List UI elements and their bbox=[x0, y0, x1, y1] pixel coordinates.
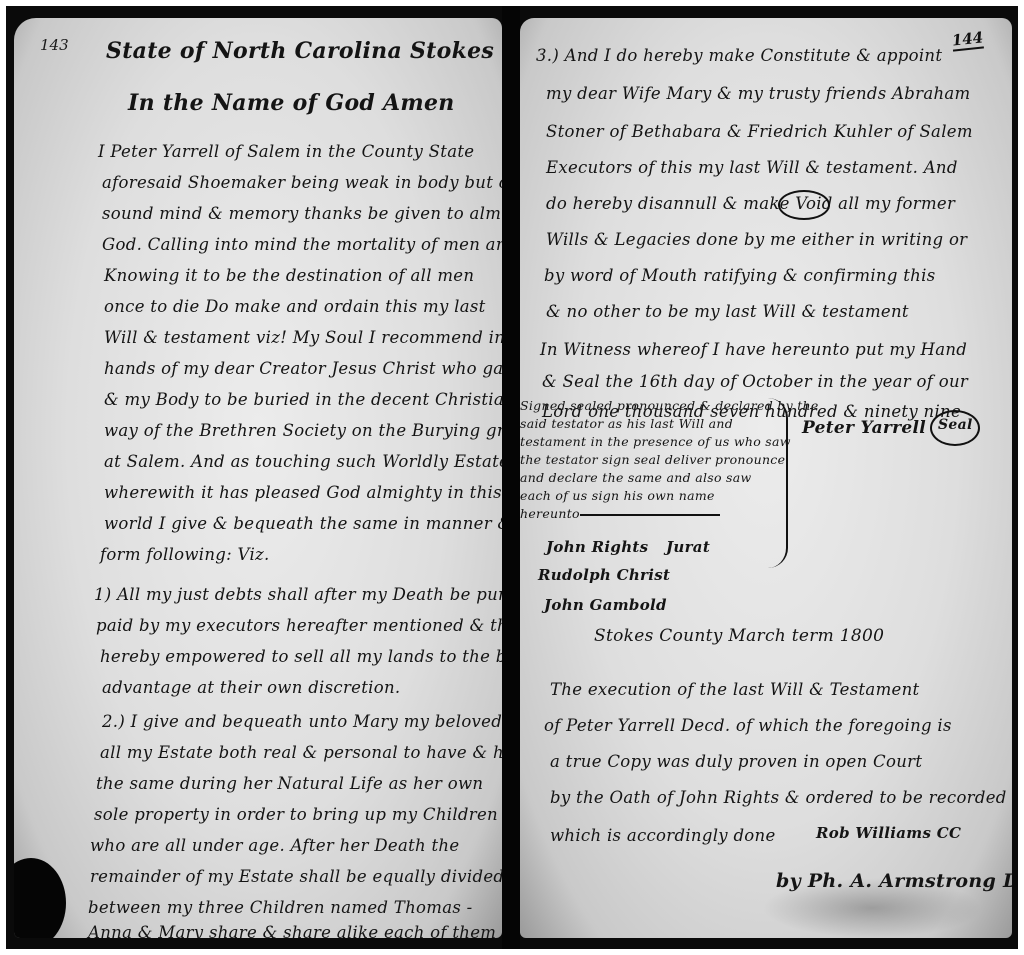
text-line: Knowing it to be the destination of all … bbox=[104, 266, 474, 285]
witness-signature: John Rights bbox=[546, 538, 648, 556]
text-line: Executors of this my last Will & testame… bbox=[546, 158, 958, 177]
court-heading: Stokes County March term 1800 bbox=[594, 626, 884, 646]
page-number-left: 143 bbox=[40, 36, 69, 54]
text-line: once to die Do make and ordain this my l… bbox=[104, 297, 486, 316]
text-line: & no other to be my last Will & testamen… bbox=[546, 302, 909, 321]
right-page: 144 3.) And I do hereby make Constitute … bbox=[520, 18, 1012, 938]
text-line: way of the Brethren Society on the Buryi… bbox=[104, 421, 502, 440]
clerk-signature: Rob Williams CC bbox=[816, 824, 961, 842]
text-line: aforesaid Shoemaker being weak in body b… bbox=[102, 173, 502, 192]
witness-signature: Rudolph Christ bbox=[538, 566, 670, 584]
text-line: Anna & Mary share & share alike each of … bbox=[88, 923, 502, 938]
seal-label: Seal bbox=[938, 417, 973, 433]
text-line: sound mind & memory thanks be given to a… bbox=[102, 204, 502, 223]
text-line: form following: Viz. bbox=[100, 545, 270, 564]
text-line: paid by my executors hereafter mentioned… bbox=[96, 616, 502, 635]
probate-line: a true Copy was duly proven in open Cour… bbox=[550, 752, 922, 771]
jurat-label: Jurat bbox=[666, 538, 710, 556]
text-line: hereby empowered to sell all my lands to… bbox=[100, 647, 502, 666]
text-line: In Witness whereof I have hereunto put m… bbox=[540, 340, 967, 359]
text-line: all my Estate both real & personal to ha… bbox=[100, 743, 502, 762]
text-line: God. Calling into mind the mortality of … bbox=[102, 235, 502, 254]
document-title: State of North Carolina Stokes County ss bbox=[106, 38, 502, 64]
text-line: my dear Wife Mary & my trusty friends Ab… bbox=[546, 84, 970, 103]
attestation-brace bbox=[766, 398, 788, 568]
text-line: Wills & Legacies done by me either in wr… bbox=[546, 230, 967, 249]
attestation-line: said testator as his last Will and bbox=[520, 416, 733, 431]
text-line: Will & testament viz! My Soul I recommen… bbox=[104, 328, 502, 347]
text-line: world I give & bequeath the same in mann… bbox=[104, 514, 502, 533]
text-line: 1) All my just debts shall after my Deat… bbox=[94, 585, 502, 604]
text-line: by word of Mouth ratifying & confirming … bbox=[544, 266, 935, 285]
text-line: I Peter Yarrell of Salem in the County S… bbox=[98, 142, 474, 161]
probate-line: of Peter Yarrell Decd. of which the fore… bbox=[544, 716, 952, 735]
text-line: wherewith it has pleased God almighty in… bbox=[104, 483, 502, 502]
book-gutter bbox=[502, 6, 520, 949]
text-line: remainder of my Estate shall be equally … bbox=[90, 867, 502, 886]
signature-rule bbox=[580, 514, 720, 516]
text-line: sole property in order to bring up my Ch… bbox=[94, 805, 498, 824]
attestation-line: hereunto bbox=[520, 506, 580, 521]
text-line: at Salem. And as touching such Worldly E… bbox=[104, 452, 502, 471]
text-line: hands of my dear Creator Jesus Christ wh… bbox=[104, 359, 502, 378]
testator-signature: Peter Yarrell bbox=[802, 418, 926, 438]
text-line: & Seal the 16th day of October in the ye… bbox=[542, 372, 968, 391]
attestation-line: testament in the presence of us who saw bbox=[520, 434, 791, 449]
probate-line: which is accordingly done bbox=[550, 826, 776, 845]
left-page: 143 State of North Carolina Stokes Count… bbox=[14, 18, 502, 938]
text-line: advantage at their own discretion. bbox=[102, 678, 400, 697]
probate-line: by the Oath of John Rights & ordered to … bbox=[550, 788, 1007, 807]
attestation-line: the testator sign seal deliver pronounce bbox=[520, 452, 785, 467]
scanned-document: 143 State of North Carolina Stokes Count… bbox=[6, 6, 1018, 949]
text-line: do hereby disannull & make Void all my f… bbox=[546, 194, 955, 213]
page-number-right: 144 bbox=[951, 28, 984, 51]
ink-blot bbox=[14, 858, 66, 938]
text-line: 3.) And I do hereby make Constitute & ap… bbox=[536, 46, 942, 65]
witness-signature: John Gambold bbox=[544, 596, 667, 614]
text-line: who are all under age. After her Death t… bbox=[90, 836, 459, 855]
probate-line: The execution of the last Will & Testame… bbox=[550, 680, 919, 699]
text-line: & my Body to be buried in the decent Chr… bbox=[104, 390, 502, 409]
attestation-line: and declare the same and also saw bbox=[520, 470, 752, 485]
text-line: 2.) I give and bequeath unto Mary my bel… bbox=[102, 712, 502, 731]
attestation-line: each of us sign his own name bbox=[520, 488, 715, 503]
text-line: Stoner of Bethabara & Friedrich Kuhler o… bbox=[546, 122, 973, 141]
page-stain bbox=[762, 878, 982, 938]
circled-word-mark bbox=[778, 190, 830, 220]
text-line: the same during her Natural Life as her … bbox=[96, 774, 483, 793]
document-heading: In the Name of God Amen bbox=[128, 90, 455, 116]
text-line: between my three Children named Thomas - bbox=[88, 898, 473, 917]
